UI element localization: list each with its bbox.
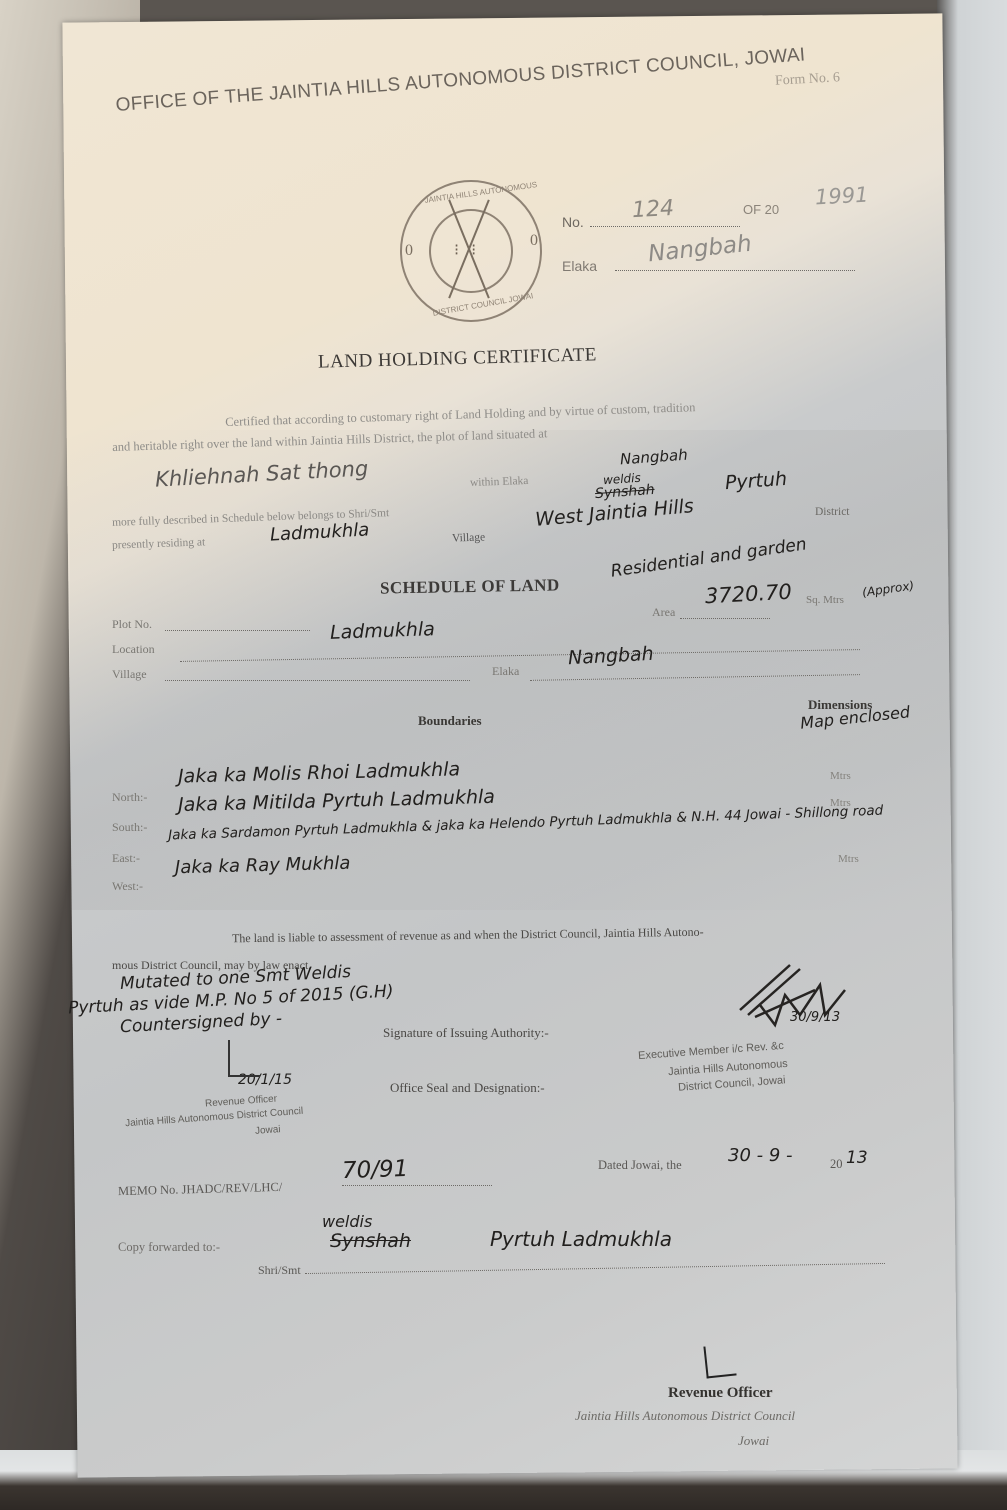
issuing-signature-date: 30/9/13 <box>790 1010 840 1025</box>
council-seal-icon: JAINTIA HILLS AUTONOMOUS ⁝⁝ DISTRICT COU… <box>400 180 542 322</box>
copy-shri-label: Shri/Smt <box>258 1263 301 1278</box>
dated-year-prefix: 20 <box>830 1157 843 1172</box>
boundary-side-north: North:- <box>112 790 147 805</box>
schedule-elaka-label: Elaka <box>492 664 519 679</box>
schedule-elaka-value: Nangbah <box>567 643 654 669</box>
village-label: Village <box>452 531 486 544</box>
countersign-signature <box>228 1040 260 1077</box>
number-label: No. <box>562 214 584 230</box>
number-line <box>590 226 740 227</box>
issuing-authority-label: Signature of Issuing Authority:- <box>383 1025 549 1041</box>
footer-place: Jowai <box>738 1433 769 1449</box>
boundary-unit: Mtrs <box>830 770 851 782</box>
elaka-line <box>615 270 855 271</box>
village-line <box>165 680 470 681</box>
plot-no-line <box>165 630 310 631</box>
plot-no-label: Plot No. <box>112 617 152 632</box>
location-value: Ladmukhla <box>330 618 436 644</box>
area-unit: Sq. Mtrs <box>806 594 844 606</box>
copy-correction: weldis <box>322 1212 372 1231</box>
of-year-label: OF 20 <box>743 202 779 217</box>
shield-dots-icon: ⁝⁝ <box>454 240 488 260</box>
form-number: Form No. 6 <box>775 70 841 89</box>
location-label: Location <box>112 642 155 657</box>
elaka-label: Elaka <box>562 258 597 274</box>
schedule-title: SCHEDULE OF LAND <box>380 575 560 598</box>
boundary-side-west: West:- <box>112 879 143 894</box>
boundary-side-south: South:- <box>112 820 147 835</box>
boundary-side-east: East:- <box>112 851 140 866</box>
dated-label: Dated Jowai, the <box>598 1158 682 1173</box>
certificate-year: 1991 <box>814 183 869 210</box>
certificate-number: 124 <box>631 196 674 223</box>
area-label: Area <box>652 605 675 620</box>
revenue-officer-signature <box>703 1344 736 1379</box>
area-value: 3720.70 <box>704 580 792 609</box>
dated-year: 13 <box>846 1148 868 1168</box>
owner-surname: Pyrtuh <box>724 468 787 494</box>
copy-forwarded-label: Copy forwarded to:- <box>118 1240 220 1255</box>
village-label: Village <box>112 667 147 682</box>
countersign-stamp-line-3: Jowai <box>255 1124 281 1137</box>
seal-ornament-icon: 0 <box>405 242 413 260</box>
copy-struck-name: Synshah <box>330 1230 411 1252</box>
dated-day-month: 30 - 9 - <box>728 1145 793 1166</box>
within-elaka-label: within Elaka <box>470 475 529 489</box>
copy-forwarded-value: Pyrtuh Ladmukhla <box>490 1227 672 1251</box>
district-label: District <box>815 506 850 518</box>
area-line <box>680 618 770 619</box>
boundaries-title: Boundaries <box>418 713 482 729</box>
footer-title: Revenue Officer <box>668 1385 773 1402</box>
memo-line <box>342 1185 492 1186</box>
footer-org: Jaintia Hills Autonomous District Counci… <box>575 1408 795 1424</box>
seal-ornament-icon: 0 <box>530 232 538 250</box>
memo-number: 70/91 <box>342 1156 409 1184</box>
office-seal-label: Office Seal and Designation:- <box>390 1080 545 1096</box>
boundary-unit: Mtrs <box>838 853 859 865</box>
